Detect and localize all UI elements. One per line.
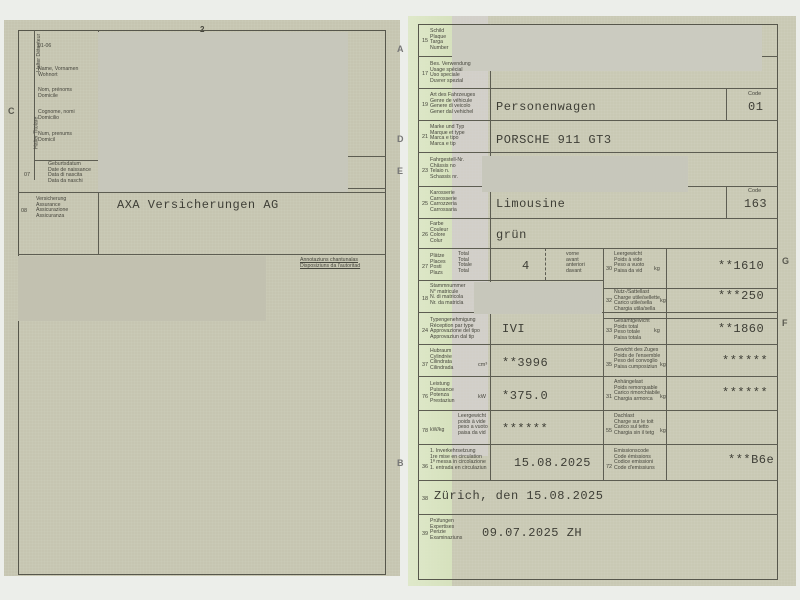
weight-32-label: Nutz-/Sattellast Charge utile/sellette C… [614,290,660,312]
row-24-code: 24 [422,328,428,334]
authority-label-d: Annotaziuns chantunalas Disposiziuns da … [300,258,360,269]
weight-32-code: 32 [606,298,612,304]
mark-b: B [397,458,404,468]
power-unit: kW [478,394,486,400]
row-37-label: Hubraum Cylindrée Cilindrata Cilindrada [430,349,453,371]
seats-front-label: vorne avant anteriori davant [566,252,585,274]
matricule-redaction [474,282,602,314]
vehicle-type-value: Personenwagen [496,100,596,114]
row-24-label: Typengenehmigung Réception par type Appr… [430,318,480,340]
mark-g: G [782,256,789,266]
row-25-label: Karosserie Carrosserie Carrozzeria Carro… [430,191,457,213]
row-27-sublabel: Total Total Totale Total [458,252,472,274]
power-value: *375.0 [502,389,548,403]
row-26-code: 26 [422,232,428,238]
row-15-code: 15 [422,38,428,44]
row-15-label: Schild Plaque Targa Number [430,29,448,51]
holder-row-name: Name, Vornamen Wohnort [38,67,78,78]
holder-redaction [98,32,348,192]
row-17-code: 17 [422,71,428,77]
row-27-code: 27 [422,264,428,270]
weight-30-code: 30 [606,266,612,272]
body-code-label: Code [748,188,761,194]
row-76-code: 76 [422,394,428,400]
row-23-label: Fahrgestell-Nr. Châssis no Telaio n. Sch… [430,158,464,180]
weight-30-label: Leergewicht Poids à vide Peso a vuoto Pa… [614,252,644,274]
insurance-value: AXA Versicherungen AG [117,198,279,212]
row-23-code: 23 [422,168,428,174]
row-39-label: Prüfungen Expertises Perizie Examinaziun… [430,519,462,541]
weight-30-unit: kg [654,266,660,272]
empty-weight-value: **1610 [718,259,764,273]
weight-55-label: Dachlast Charge sur le toit Carico sul t… [614,414,654,436]
inspection-value: 09.07.2025 ZH [482,526,582,540]
row-27-label: Plätze Places Posti Plazs [430,254,446,276]
row-38-code: 38 [422,496,428,502]
row-21-label: Marke und Typ Marque et type Marca e tip… [430,125,465,147]
row-78-sublabel: Leergewicht poids à vide peso a vuoto pa… [458,414,488,436]
emission-code-num: 72 [606,464,612,470]
row-76-label: Leistung Puissance Potenza Prestaziun [430,382,455,404]
train-weight-value: ****** [722,354,768,368]
row-18-code: 18 [422,296,428,302]
type-approval-value: IVI [502,322,525,336]
seats-value: 4 [522,259,530,273]
insurance-label: Versicherung Assurance Assicurazione Ass… [36,197,68,219]
row-25-code: 25 [422,201,428,207]
authority-redaction [18,256,266,321]
chassis-redaction [482,156,688,192]
plate-redaction [452,25,762,71]
weight-35-code: 35 [606,362,612,368]
total-weight-value: **1860 [718,322,764,336]
row-19-label: Art des Fahrzeuges Genre de véhicule Gen… [430,93,475,115]
mark-e: E [397,166,403,176]
left-page: 2 C Halter Détenteur Halter Titolare 01-… [4,20,400,576]
issue-place-date-value: Zürich, den 15.08.2025 [434,489,603,503]
power-weight-value: ****** [502,422,548,436]
weight-32-unit: kg [660,298,666,304]
vehicle-type-code-label: Code [748,91,761,97]
row-78-code: 78 [422,428,428,434]
color-value: grün [496,228,527,242]
weight-33-code: 33 [606,328,612,334]
displacement-unit: cm³ [478,362,487,368]
mark-d: D [397,134,404,144]
weight-55-unit: kg [660,428,666,434]
row-17-label: Bes. Verwendung Usage spécial Uso specia… [430,62,471,84]
displacement-value: **3996 [502,356,548,370]
body-code-value: 163 [744,197,767,211]
first-registration-value: 15.08.2025 [514,456,591,470]
weight-55-code: 55 [606,428,612,434]
row-39-code: 39 [422,531,428,537]
row-19-code: 19 [422,102,428,108]
mark-f: F [782,318,788,328]
mark-a: A [397,44,404,54]
trailer-load-value: ****** [722,386,768,400]
make-model-value: PORSCHE 911 GT3 [496,133,612,147]
body-value: Limousine [496,197,565,211]
weight-33-unit: kg [654,328,660,334]
vehicle-type-code-value: 01 [748,100,763,114]
right-page: A D E B G F 15 Schild Plaque Targa Numbe… [408,16,796,586]
row-18-label: Stammnummer N° matricule N. di matricola… [430,284,465,306]
weight-35-unit: kg [660,362,666,368]
row-37-code: 37 [422,362,428,368]
row-78-label: kW/kg [430,428,444,434]
row-36-code: 36 [422,464,428,470]
holder-row-cognome: Cognome, nomi Domicilio [38,110,75,121]
holder-row-nom: Nom, prénoms Domicile [38,88,72,99]
emission-label: Emissionscode Code émissions Codice emis… [614,449,655,471]
weight-35-label: Gewicht des Zuges Poids de l'ensemble Pe… [614,348,660,370]
emission-code-value: ***B6e [728,453,774,467]
insurance-code: 08 [21,208,27,214]
section-mark-c: C [8,106,15,116]
birth-date-label: Geburtsdatum Date de naissance Data di n… [48,162,91,184]
holder-row-code: 01-06 [38,44,51,50]
payload-value: ***250 [718,289,764,303]
row-21-code: 21 [422,134,428,140]
row-26-label: Farbe Couleur Colore Colur [430,222,448,244]
weight-31-code: 31 [606,394,612,400]
row-36-label: 1. Inverkehrsetzung 1re mise en circulat… [430,449,487,471]
weight-33-label: Gesamtgewicht Poids total Peso totale Pa… [614,319,650,341]
weight-31-label: Anhängelast Poids remorquable Carico rim… [614,380,660,402]
holder-row-num: Num, prenums Domicil [38,132,72,143]
birth-date-code: 07 [24,172,30,178]
weight-31-unit: kg [660,394,666,400]
